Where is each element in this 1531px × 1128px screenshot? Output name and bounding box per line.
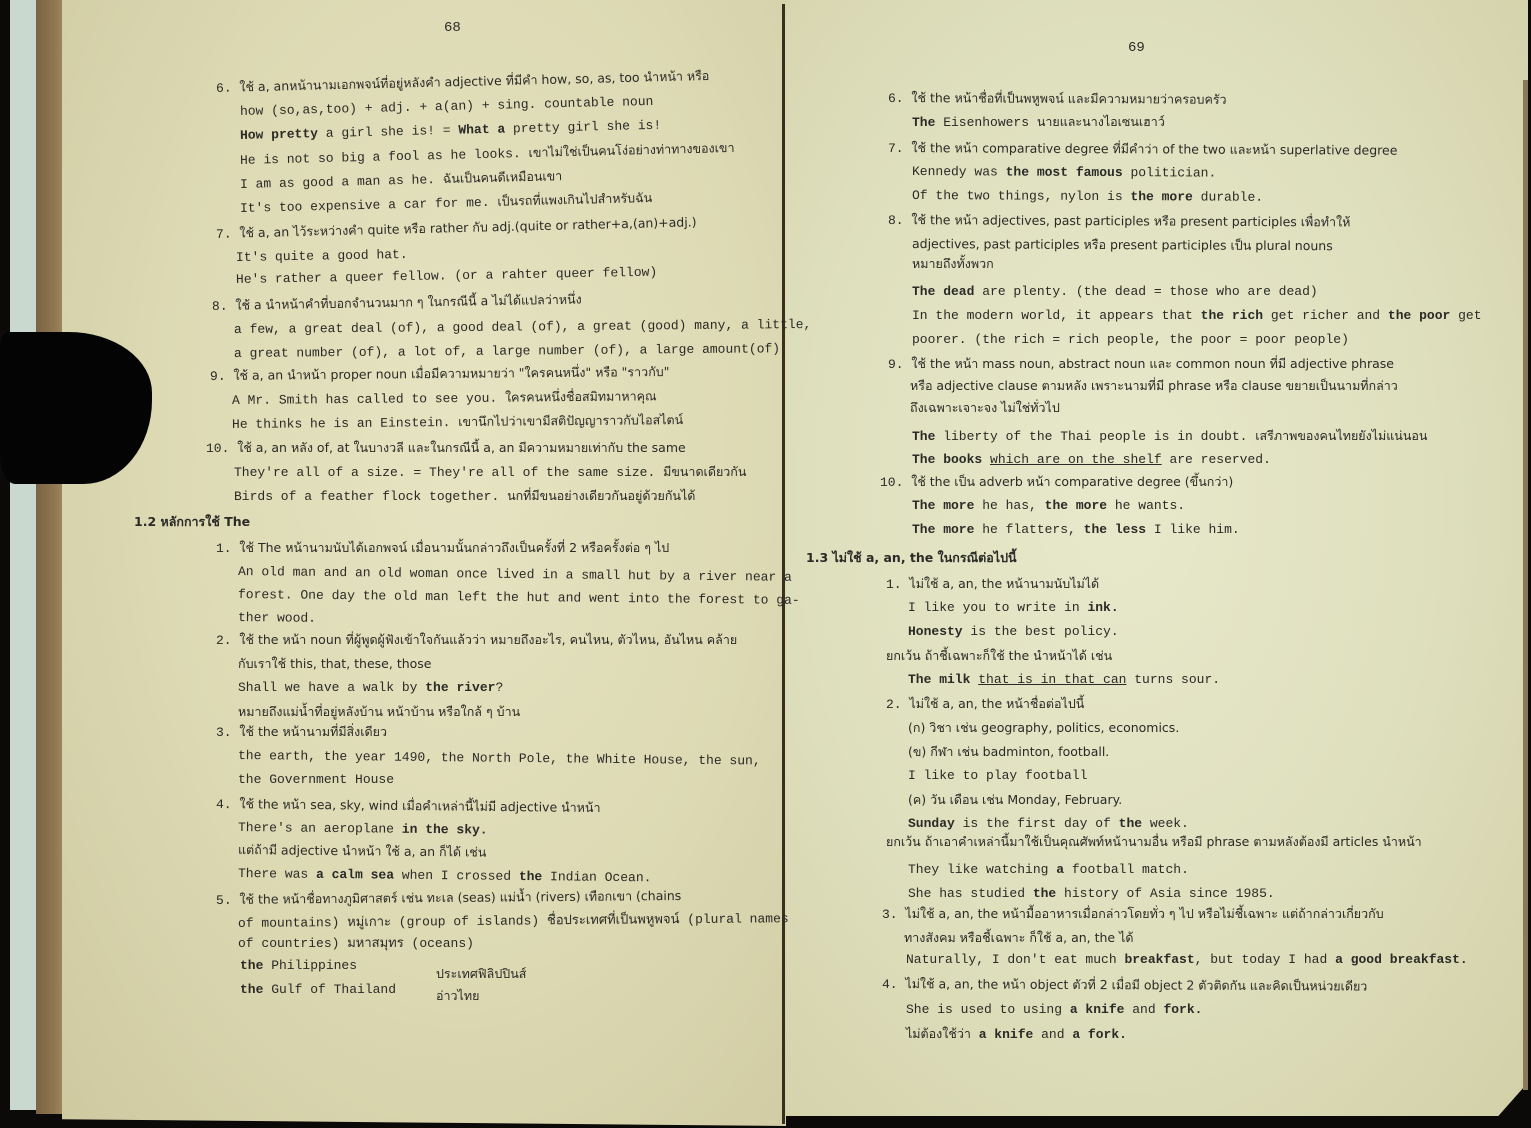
left-s12-rule-2-example: Shall we have a walk by the river? <box>238 680 503 696</box>
page-stack-edge <box>36 0 66 1114</box>
right-rule-7-example-1: Kennedy was the most famous politician. <box>912 164 1216 182</box>
left-s12-rule-2: 2. ใช้ the หน้า noun ที่ผู้พูดผู้ฟังเข้า… <box>216 632 737 649</box>
right-rule-8: 8. ใช้ the หน้า adjectives, past partici… <box>888 212 1350 231</box>
right-rule-9-line-3: ถึงเฉพาะเจาะจง ไม่ใช่ทั่วไป <box>910 400 1060 416</box>
right-s13-rule-2-example-2: Sunday is the first day of the week. <box>908 816 1189 832</box>
right-s13-rule-2-c: (ค) วัน เดือน เช่น Monday, February. <box>908 792 1122 808</box>
right-s13-rule-2-example-3: They like watching a football match. <box>908 862 1189 878</box>
right-rule-9-line-2: หรือ adjective clause ตามหลัง เพราะนามที… <box>910 378 1398 394</box>
left-s12-rule-5-line-3: of countries) มหาสมุทร (oceans) <box>238 936 474 952</box>
right-s13-rule-1: 1. ไม่ใช้ a, an, the หน้านามนับไม่ได้ <box>886 576 1099 593</box>
left-s12-rule-4-example-1: There's an aeroplane in the sky. <box>238 820 488 839</box>
right-s13-rule-3: 3. ไม่ใช้ a, an, the หน้ามื้ออาหารเมื่อก… <box>882 906 1384 923</box>
right-rule-6-example: The Eisenhowers นายและนางไอเซนเฮาว์ <box>912 114 1165 131</box>
right-rule-6: 6. ใช้ the หน้าชื่อที่เป็นพหูพจน์ และมีค… <box>888 90 1227 109</box>
thumb-obstruction-base <box>0 395 120 455</box>
right-s13-rule-1-example-2: Honesty is the best policy. <box>908 624 1119 640</box>
right-s13-rule-3-line-2: ทางสังคม หรือชี้เฉพาะ ก็ใช้ a, an, the ไ… <box>904 930 1134 946</box>
right-s13-rule-2-b: (ข) กีฬา เช่น badminton, football. <box>908 744 1109 760</box>
right-s13-rule-4-example: She is used to using a knife and fork. <box>906 1002 1202 1018</box>
right-rule-7-example-2: Of the two things, nylon is the more dur… <box>912 188 1263 206</box>
right-rule-8-line-3: หมายถึงทั้งพวก <box>912 256 994 272</box>
right-s13-rule-1-exception: ยกเว้น ถ้าชี้เฉพาะก็ใช้ the นำหน้าได้ เช… <box>886 648 1112 664</box>
right-s13-rule-2-example-4: She has studied the history of Asia sinc… <box>908 886 1275 902</box>
right-rule-7: 7. ใช้ the หน้า comparative degree ที่มี… <box>888 140 1398 160</box>
page-number-left: 68 <box>444 20 461 36</box>
right-s13-rule-1-example-3: The milk that is in that can turns sour. <box>908 672 1220 688</box>
right-s13-rule-4-note: ไม่ต้องใช้ว่า a knife and a fork. <box>906 1026 1127 1043</box>
right-rule-9-example-1: The liberty of the Thai people is in dou… <box>912 428 1427 445</box>
right-s13-rule-2-exception: ยกเว้น ถ้าเอาคำเหล่านี้มาใช้เป็นคุณศัพท์… <box>886 834 1422 850</box>
right-s13-rule-4: 4. ไม่ใช้ a, an, the หน้า object ตัวที่ … <box>882 976 1367 996</box>
right-rule-10-example-2: The more he flatters, the less I like hi… <box>912 522 1240 538</box>
right-s13-rule-2-a: (ก) วิชา เช่น geography, politics, econo… <box>908 720 1179 736</box>
book-gutter <box>782 4 785 1124</box>
right-rule-9-example-2: The books which are on the shelf are res… <box>912 452 1271 468</box>
left-s12-rule-1: 1. ใช้ The หน้านามนับได้เอกพจน์ เมื่อนาม… <box>216 540 669 557</box>
section-heading-1-3: 1.3 ไม่ใช้ a, an, the ในกรณีต่อไปนี้ <box>806 550 1017 566</box>
left-s12-rule-5-example-2-en: the Gulf of Thailand <box>240 982 396 998</box>
left-rule-10-example-1: They're all of a size. = They're all of … <box>234 464 746 481</box>
right-s13-rule-3-example: Naturally, I don't eat much breakfast, b… <box>906 952 1468 968</box>
left-s12-rule-3: 3. ใช้ the หน้านามที่มีสิ่งเดียว <box>216 724 387 741</box>
right-page-edge <box>1523 80 1528 1090</box>
right-rule-8-example-3: poorer. (the rich = rich people, the poo… <box>912 332 1349 348</box>
right-rule-8-example-2: In the modern world, it appears that the… <box>912 308 1482 324</box>
section-heading-1-2: 1.2 หลักการใช้ The <box>134 514 250 530</box>
right-s13-rule-1-example-1: I like you to write in ink. <box>908 600 1119 616</box>
left-s12-rule-5-example-1-th: ประเทศฟิลิปปินส์ <box>436 966 526 982</box>
right-rule-8-example-1: The dead are plenty. (the dead = those w… <box>912 284 1318 300</box>
left-s12-rule-3-example-2: the Government House <box>238 772 394 788</box>
right-rule-10: 10. ใช้ the เป็น adverb หน้า comparative… <box>880 474 1233 491</box>
left-rule-10: 10. ใช้ a, an หลัง of, at ในบางวลี และใน… <box>206 440 686 457</box>
right-rule-10-example-1: The more he has, the more he wants. <box>912 498 1185 514</box>
right-s13-rule-2: 2. ไม่ใช้ a, an, the หน้าชื่อต่อไปนี้ <box>886 696 1084 713</box>
left-s12-rule-2-line-2: กับเราใช้ this, that, these, those <box>238 656 432 672</box>
left-rule-10-example-2: Birds of a feather flock together. นกที่… <box>234 488 695 505</box>
right-rule-9: 9. ใช้ the หน้า mass noun, abstract noun… <box>888 356 1394 373</box>
left-s12-rule-5-example-2-th: อ่าวไทย <box>436 988 479 1004</box>
right-rule-8-line-2: adjectives, past participles หรือ presen… <box>912 236 1333 254</box>
right-s13-rule-2-example-1: I like to play football <box>908 768 1087 784</box>
left-page <box>62 0 786 1126</box>
left-s12-rule-1-example-l3: ther wood. <box>238 610 316 627</box>
left-s12-rule-4-note: แต่ถ้ามี adjective นำหน้า ใช้ a, an ก็ได… <box>238 842 487 861</box>
left-s12-rule-2-note: หมายถึงแม่น้ำที่อยู่หลังบ้าน หน้าบ้าน หร… <box>238 704 520 720</box>
left-s12-rule-5-example-1-en: the Philippines <box>240 958 357 974</box>
left-rule-7-example-1: It's quite a good hat. <box>236 247 408 266</box>
page-number-right: 69 <box>1128 40 1145 56</box>
